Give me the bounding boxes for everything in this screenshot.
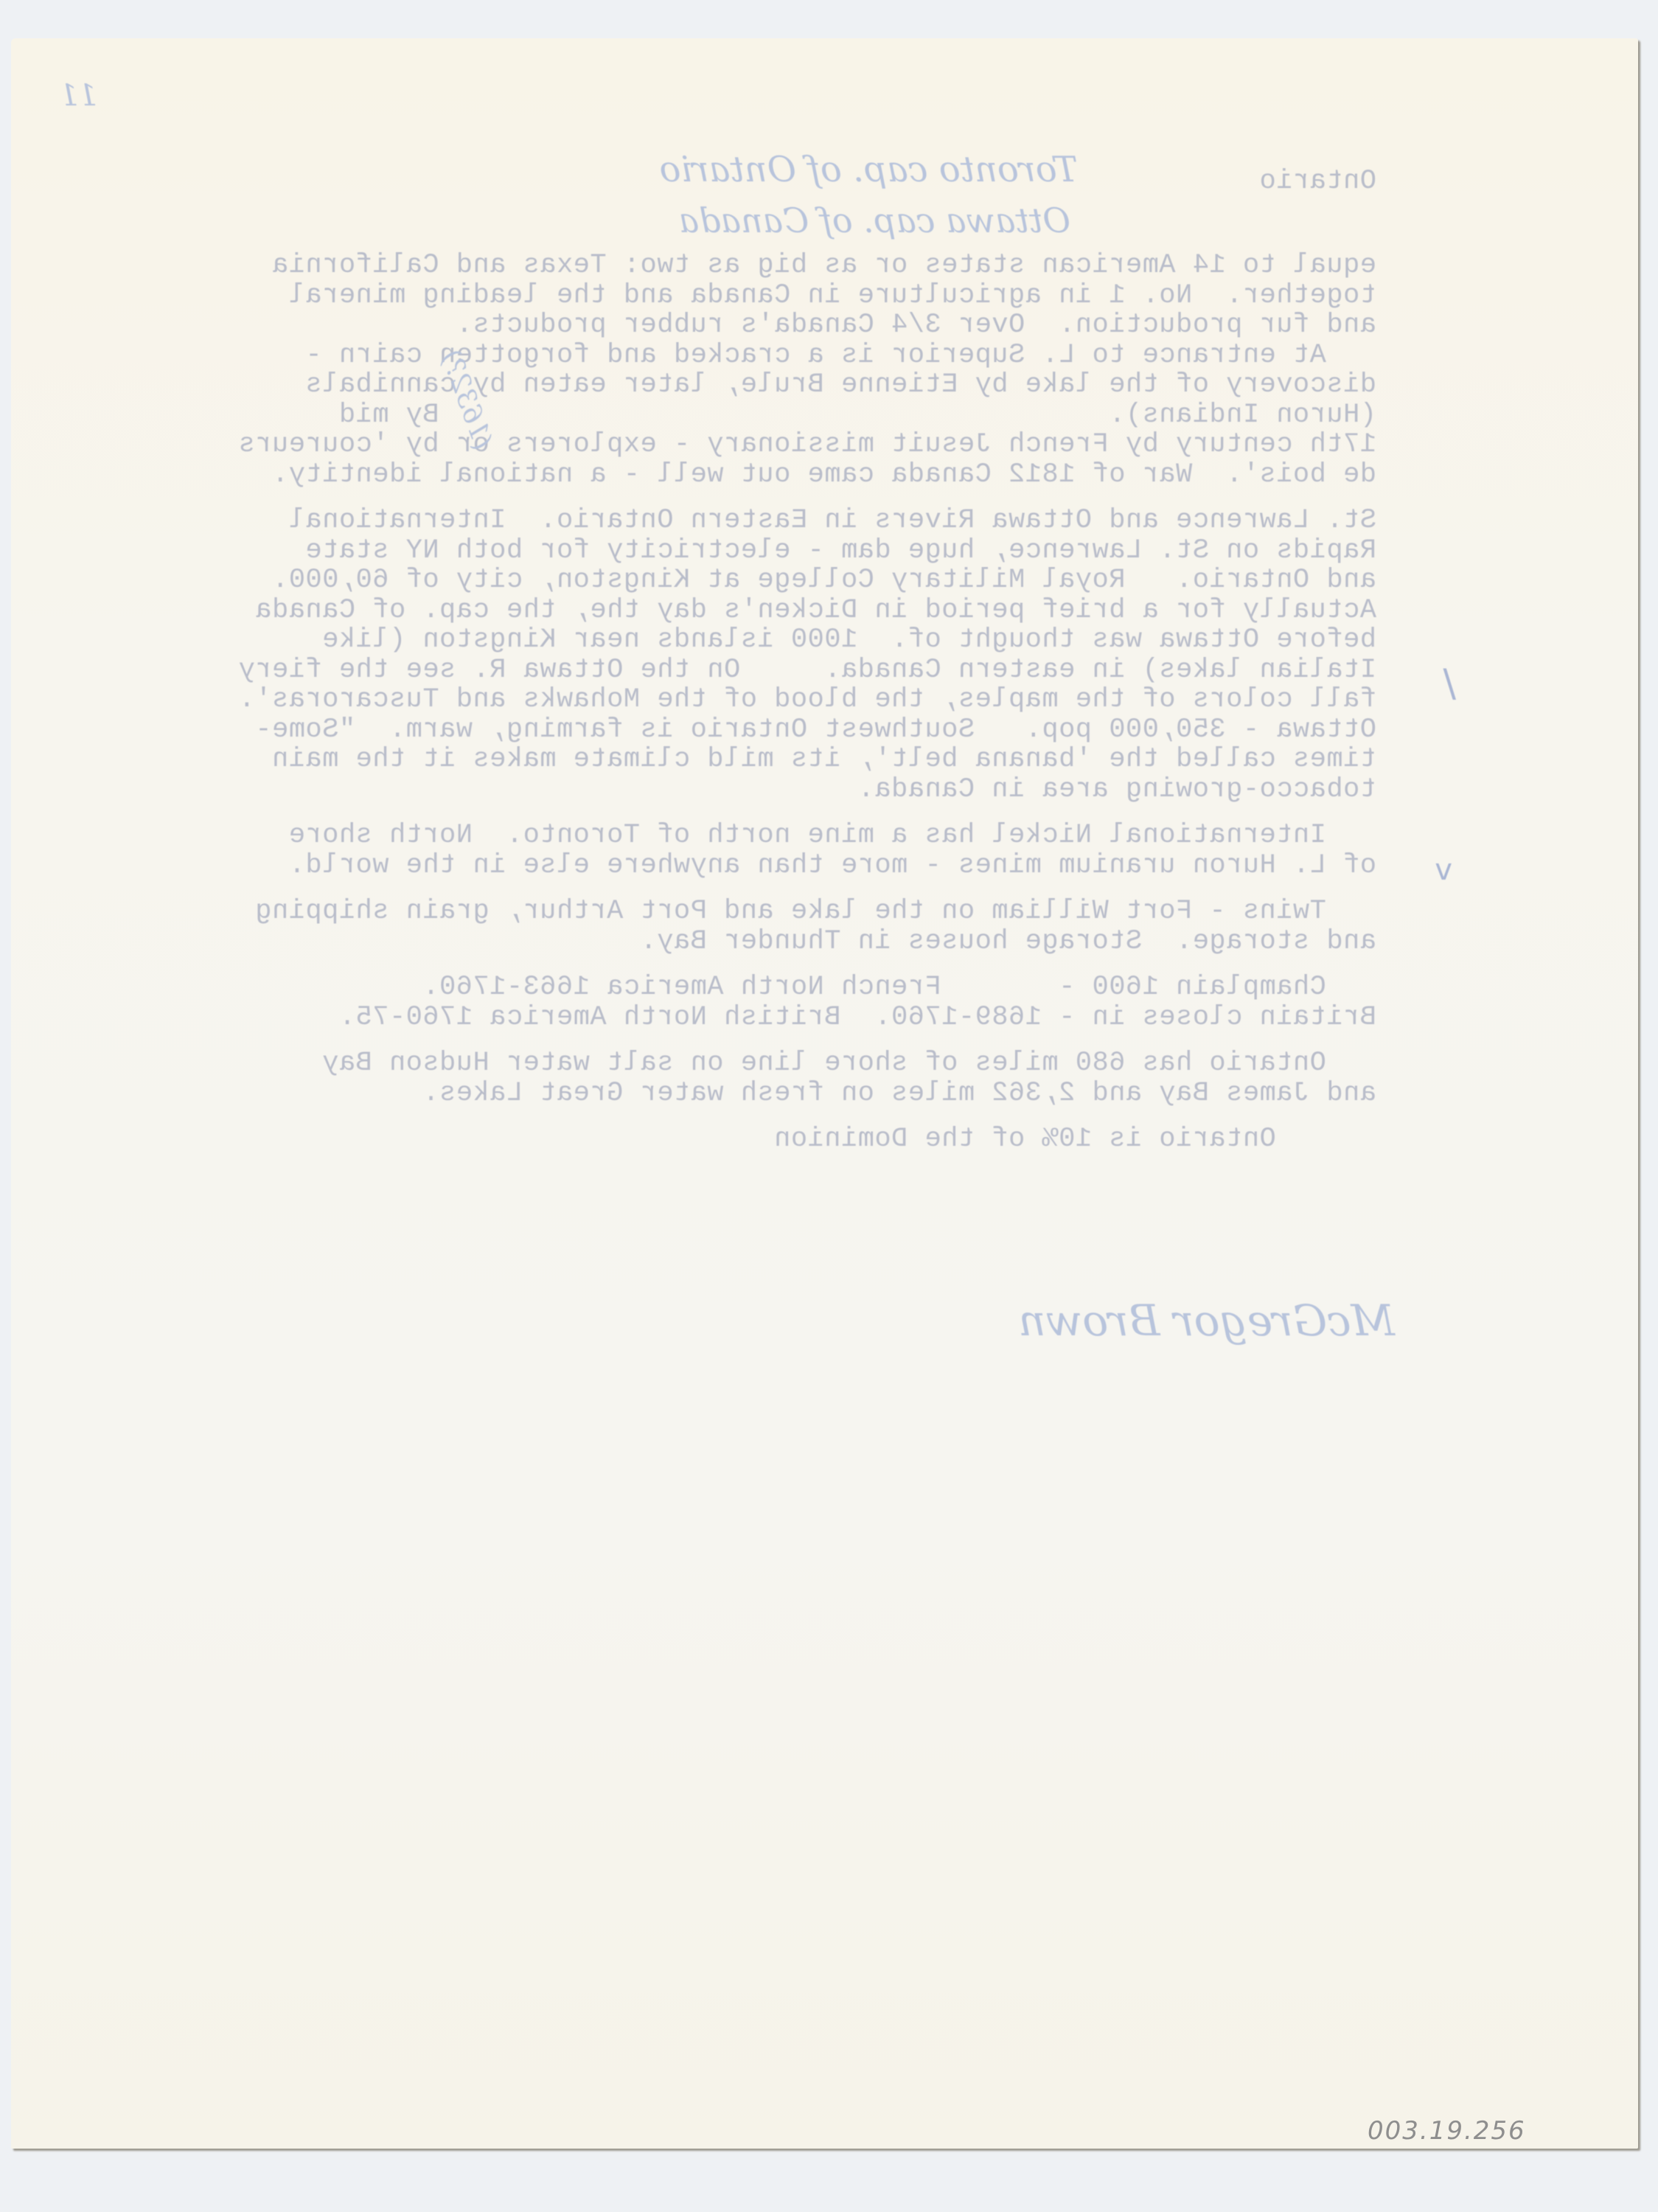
heading: Ontario (1259, 168, 1376, 195)
typed-line: Italian lakes) in eastern Canada. On the… (238, 657, 1376, 684)
typed-line: Champlain 1600 - French North America 16… (422, 974, 1376, 1001)
margin-mark-slash: / (1443, 661, 1456, 706)
typed-line: and James Bay and 2,362 miles on fresh w… (422, 1080, 1376, 1107)
typed-line: together. No. 1 in agriculture in Canada… (288, 282, 1376, 310)
typed-line: of L. Huron uranium mines - more than an… (288, 852, 1376, 880)
typed-line: Ontario is 10% of the Dominion (774, 1126, 1376, 1153)
typed-line: and storage. Storage houses in Thunder B… (640, 928, 1376, 956)
margin-mark-check: v (1435, 853, 1452, 887)
typed-line: fall colors of the maples, the blood of … (238, 686, 1376, 714)
corner-mark: 11 (60, 79, 97, 113)
typed-line: de bois'. War of 1812 Canada came out we… (272, 462, 1376, 489)
typed-line: 17th century by French Jesuit missionary… (238, 431, 1376, 459)
signature: McGregor Brown (1018, 1295, 1395, 1346)
typed-line: St. Lawrence and Ottawa Rivers in Easter… (288, 507, 1376, 535)
typed-line: Rapids on St. Lawrence, huge dam - elect… (305, 538, 1376, 565)
typed-line: tobacco-growing area in Canada. (857, 776, 1376, 804)
mirrored-show-through-layer: Ontario Toronto cap. of Ontario Ottawa c… (11, 38, 1638, 2149)
typed-line: (Huron Indians). By mid (338, 402, 1376, 429)
document-page: Ontario Toronto cap. of Ontario Ottawa c… (11, 38, 1638, 2149)
typed-line: times called the 'banana belt', its mild… (272, 746, 1376, 773)
typed-line: Actually for a brief period in Dicken's … (255, 597, 1376, 625)
typed-line: equal to 14 American states or as big as… (272, 252, 1376, 279)
catalog-number: 003.19.256 (1368, 2116, 1526, 2146)
typed-line: Ontario has 680 miles of shore line on s… (322, 1050, 1376, 1077)
handwritten-note-line2: Ottawa cap. of Canada (679, 201, 1070, 240)
typed-line: Twins - Fort William on the lake and Por… (255, 898, 1376, 925)
typed-line: and Ontario. Royal Military College at K… (272, 567, 1376, 594)
typed-line: before Ottawa was thought of. 1000 islan… (322, 627, 1376, 654)
typed-line: International Nickel has a mine north of… (288, 822, 1376, 849)
typed-line: and fur production. Over 3/4 Canada's ru… (456, 312, 1376, 339)
typed-line: Britain closes in - 1689-1760. British N… (338, 1004, 1376, 1032)
typed-line: Ottawa - 350,000 pop. Southwest Ontario … (255, 717, 1376, 744)
handwritten-note-line1: Toronto cap. of Ontario (660, 149, 1078, 190)
